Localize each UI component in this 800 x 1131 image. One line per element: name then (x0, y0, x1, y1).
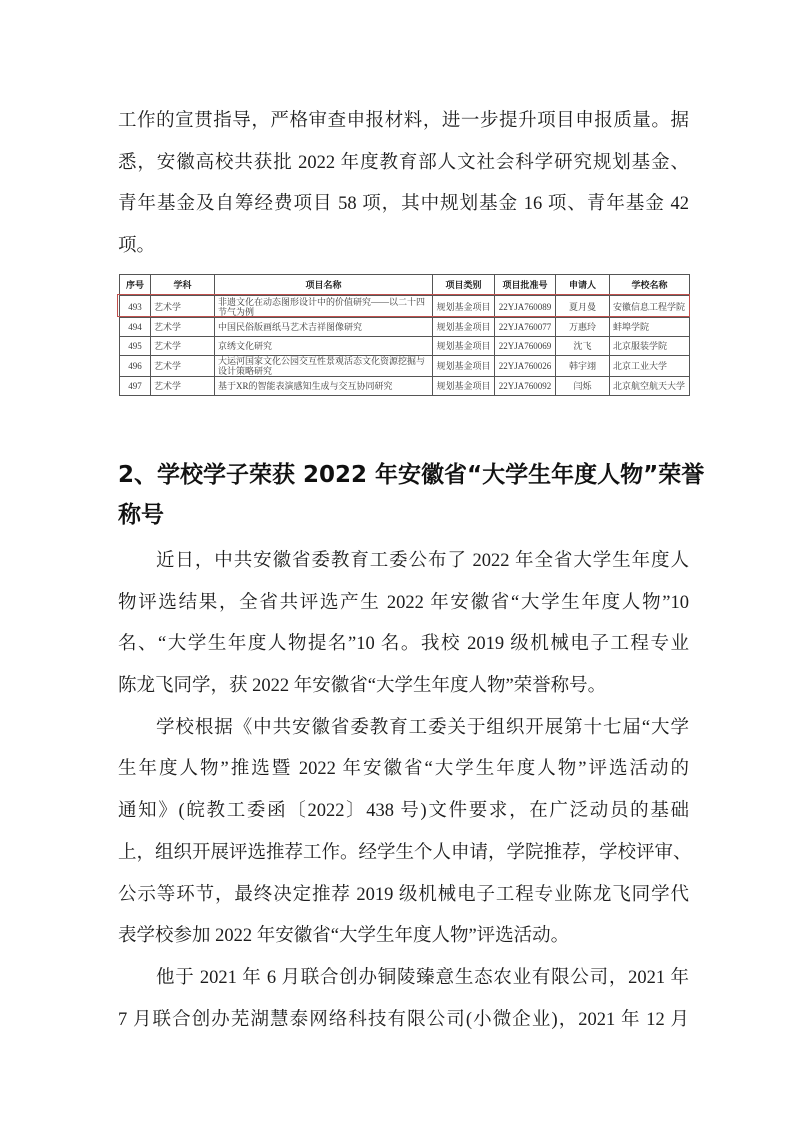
table-row: 494 艺术学 中国民俗版画纸马艺术吉祥图像研究 规划基金项目 22YJA760… (120, 318, 690, 337)
header-subject: 学科 (151, 275, 215, 296)
cell-approval-no: 22YJA760092 (495, 377, 556, 396)
text-line: 项。 (118, 226, 689, 268)
cell-subject: 艺术学 (151, 377, 215, 396)
header-category: 项目类别 (433, 275, 495, 296)
cell-subject: 艺术学 (151, 318, 215, 337)
cell-category: 规划基金项目 (433, 337, 495, 356)
body-paragraphs: 近日，中共安徽省委教育工委公布了 2022 年全省大学生年度人 物评选结果，全省… (118, 541, 689, 1041)
text-line: 学校根据《中共安徽省委教育工委关于组织开展第十七届“大学 (118, 708, 689, 750)
cell-applicant: 万惠玲 (556, 318, 610, 337)
cell-no: 494 (120, 318, 151, 337)
table-row: 496 艺术学 大运河国家文化公园交互性景观活态文化资源挖掘与设计策略研究 规划… (120, 356, 690, 377)
text-line: 生年度人物”推选暨 2022 年安徽省“大学生年度人物”评选活动的 (118, 749, 689, 791)
paragraph: 近日，中共安徽省委教育工委公布了 2022 年全省大学生年度人 物评选结果，全省… (118, 541, 689, 708)
intro-paragraph: 工作的宣贯指导，严格审查申报材料，进一步提升项目申报质量。据 悉，安徽高校共获批… (118, 101, 689, 268)
cell-category: 规划基金项目 (433, 356, 495, 377)
project-table: 序号 学科 项目名称 项目类别 项目批准号 申请人 学校名称 493 艺术学 非… (119, 274, 690, 396)
cell-school: 安徽信息工程学院 (610, 296, 690, 318)
cell-approval-no: 22YJA760089 (495, 296, 556, 318)
cell-approval-no: 22YJA760077 (495, 318, 556, 337)
cell-category: 规划基金项目 (433, 377, 495, 396)
cell-no: 497 (120, 377, 151, 396)
text-line: 悉，安徽高校共获批 2022 年度教育部人文社会科学研究规划基金、 (118, 143, 689, 185)
text-line: 7 月联合创办芜湖慧泰网络科技有限公司(小微企业)，2021 年 12 月 (118, 1000, 689, 1042)
text-line: 青年基金及自筹经费项目 58 项，其中规划基金 16 项、青年基金 42 (118, 184, 689, 226)
paragraph: 他于 2021 年 6 月联合创办铜陵臻意生态农业有限公司，2021 年 7 月… (118, 958, 689, 1041)
text-line: 物评选结果，全省共评选产生 2022 年安徽省“大学生年度人物”10 (118, 583, 689, 625)
cell-name: 基于XR的智能表演感知生成与交互协同研究 (215, 377, 433, 396)
table-row: 495 艺术学 京绣文化研究 规划基金项目 22YJA760069 沈飞 北京服… (120, 337, 690, 356)
cell-subject: 艺术学 (151, 356, 215, 377)
cell-approval-no: 22YJA760026 (495, 356, 556, 377)
text-line: 陈龙飞同学，获 2022 年安徽省“大学生年度人物”荣誉称号。 (118, 666, 689, 708)
heading-line: 称号 (118, 495, 689, 535)
text-line: 表学校参加 2022 年安徽省“大学生年度人物”评选活动。 (118, 916, 689, 958)
cell-name: 非遗文化在动态图形设计中的价值研究——以二十四节气为例 (215, 296, 433, 318)
heading-line: 2、学校学子荣获 2022 年安徽省“大学生年度人物”荣誉 (118, 455, 689, 495)
section-heading: 2、学校学子荣获 2022 年安徽省“大学生年度人物”荣誉 称号 (118, 455, 689, 535)
cell-subject: 艺术学 (151, 296, 215, 318)
cell-name: 大运河国家文化公园交互性景观活态文化资源挖掘与设计策略研究 (215, 356, 433, 377)
cell-name: 中国民俗版画纸马艺术吉祥图像研究 (215, 318, 433, 337)
table-header-row: 序号 学科 项目名称 项目类别 项目批准号 申请人 学校名称 (120, 275, 690, 296)
cell-applicant: 韩宇翊 (556, 356, 610, 377)
cell-approval-no: 22YJA760069 (495, 337, 556, 356)
cell-no: 493 (120, 296, 151, 318)
text-line: 名、“大学生年度人物提名”10 名。我校 2019 级机械电子工程专业 (118, 624, 689, 666)
cell-category: 规划基金项目 (433, 296, 495, 318)
text-line: 上，组织开展评选推荐工作。经学生个人申请，学院推荐，学校评审、 (118, 833, 689, 875)
header-approval-no: 项目批准号 (495, 275, 556, 296)
text-line: 工作的宣贯指导，严格审查申报材料，进一步提升项目申报质量。据 (118, 101, 689, 143)
cell-no: 495 (120, 337, 151, 356)
text-line: 公示等环节，最终决定推荐 2019 级机械电子工程专业陈龙飞同学代 (118, 875, 689, 917)
cell-school: 北京航空航天大学 (610, 377, 690, 396)
text-line: 近日，中共安徽省委教育工委公布了 2022 年全省大学生年度人 (118, 541, 689, 583)
table-row: 497 艺术学 基于XR的智能表演感知生成与交互协同研究 规划基金项目 22YJ… (120, 377, 690, 396)
paragraph: 学校根据《中共安徽省委教育工委关于组织开展第十七届“大学 生年度人物”推选暨 2… (118, 708, 689, 958)
cell-school: 北京工业大学 (610, 356, 690, 377)
cell-school: 北京服装学院 (610, 337, 690, 356)
cell-applicant: 夏月曼 (556, 296, 610, 318)
cell-category: 规划基金项目 (433, 318, 495, 337)
header-name: 项目名称 (215, 275, 433, 296)
cell-applicant: 沈飞 (556, 337, 610, 356)
cell-applicant: 闫烁 (556, 377, 610, 396)
text-line: 通知》(皖教工委函〔2022〕438 号)文件要求，在广泛动员的基础 (118, 791, 689, 833)
table-row-highlighted: 493 艺术学 非遗文化在动态图形设计中的价值研究——以二十四节气为例 规划基金… (120, 296, 690, 318)
cell-no: 496 (120, 356, 151, 377)
header-school: 学校名称 (610, 275, 690, 296)
text-line: 他于 2021 年 6 月联合创办铜陵臻意生态农业有限公司，2021 年 (118, 958, 689, 1000)
cell-name: 京绣文化研究 (215, 337, 433, 356)
header-applicant: 申请人 (556, 275, 610, 296)
cell-subject: 艺术学 (151, 337, 215, 356)
cell-school: 蚌埠学院 (610, 318, 690, 337)
header-no: 序号 (120, 275, 151, 296)
